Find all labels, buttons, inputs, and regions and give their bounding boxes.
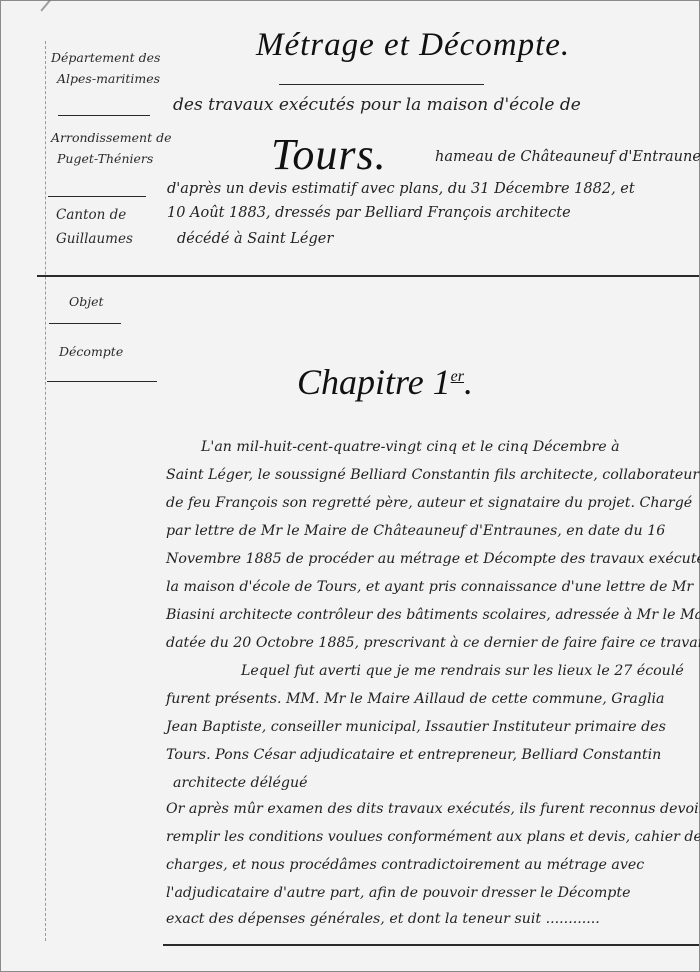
body-line: exact des dépenses générales, et dont la… — [166, 911, 600, 927]
body-line: de feu François son regretté père, auteu… — [166, 495, 692, 511]
body-line: furent présents. MM. Mr le Maire Aillaud… — [166, 691, 665, 707]
body-line: L'an mil-huit-cent-quatre-vingt cinq et … — [201, 439, 620, 455]
body-line: datée du 20 Octobre 1885, prescrivant à … — [166, 635, 700, 651]
margin-canton: Canton de Guillaumes — [56, 203, 133, 251]
body-line: Lequel fut averti que je me rendrais sur… — [241, 663, 684, 679]
body-line: Or après mûr examen des dits travaux exé… — [166, 801, 700, 817]
body-line: remplir les conditions voulues conformém… — [166, 829, 700, 845]
body-line: la maison d'école de Tours, et ayant pri… — [166, 579, 693, 595]
header-line-4: décédé à Saint Léger — [177, 231, 333, 247]
margin-divider — [48, 196, 146, 197]
corner-mark — [40, 0, 61, 21]
header-divider — [37, 275, 699, 277]
margin-departement-line1: Département des — [51, 47, 160, 68]
chapter-title-text: Chapitre 1 — [297, 362, 451, 402]
chapter-suffix: . — [464, 362, 473, 402]
title-underline — [279, 84, 484, 85]
margin-divider — [49, 323, 121, 324]
closing-rule — [163, 944, 699, 946]
body-line: Tours. Pons César adjudicataire et entre… — [166, 747, 661, 763]
body-line: Biasini architecte contrôleur des bâtime… — [166, 607, 700, 623]
margin-arrondissement-line1: Arrondissement de — [51, 127, 171, 148]
header-line-3: 10 Août 1883, dressés par Belliard Franç… — [167, 205, 571, 221]
body-line: charges, et nous procédâmes contradictoi… — [166, 857, 644, 873]
body-line: architecte délégué — [173, 775, 308, 791]
chapter-ordinal: er — [451, 368, 464, 385]
margin-canton-line2: Guillaumes — [56, 227, 133, 251]
margin-arrondissement-line2: Puget-Théniers — [51, 148, 171, 169]
document-title: Métrage et Décompte. — [256, 27, 570, 64]
place-name: Tours. — [271, 129, 387, 180]
document-subtitle: des travaux exécutés pour la maison d'éc… — [173, 95, 581, 115]
chapter-title: Chapitre 1er. — [297, 361, 473, 403]
body-line: Saint Léger, le soussigné Belliard Const… — [166, 467, 699, 483]
place-suffix: hameau de Châteauneuf d'Entraunes — [435, 149, 700, 165]
body-line: Jean Baptiste, conseiller municipal, Iss… — [166, 719, 666, 735]
margin-rule — [45, 41, 46, 941]
margin-objet-value: Décompte — [59, 341, 123, 362]
document-page: Département des Alpes-maritimes Arrondis… — [0, 0, 700, 972]
margin-arrondissement: Arrondissement de Puget-Théniers — [51, 127, 171, 169]
margin-divider — [47, 381, 157, 382]
margin-objet-label: Objet — [69, 291, 104, 312]
header-line-2: d'après un devis estimatif avec plans, d… — [167, 181, 635, 197]
margin-departement-line2: Alpes-maritimes — [51, 68, 160, 89]
body-line: l'adjudicataire d'autre part, afin de po… — [166, 885, 630, 901]
margin-divider — [58, 115, 150, 116]
margin-departement: Département des Alpes-maritimes — [51, 47, 160, 89]
body-line: Novembre 1885 de procéder au métrage et … — [166, 551, 700, 567]
margin-canton-line1: Canton de — [56, 203, 133, 227]
body-line: par lettre de Mr le Maire de Châteauneuf… — [166, 523, 665, 539]
